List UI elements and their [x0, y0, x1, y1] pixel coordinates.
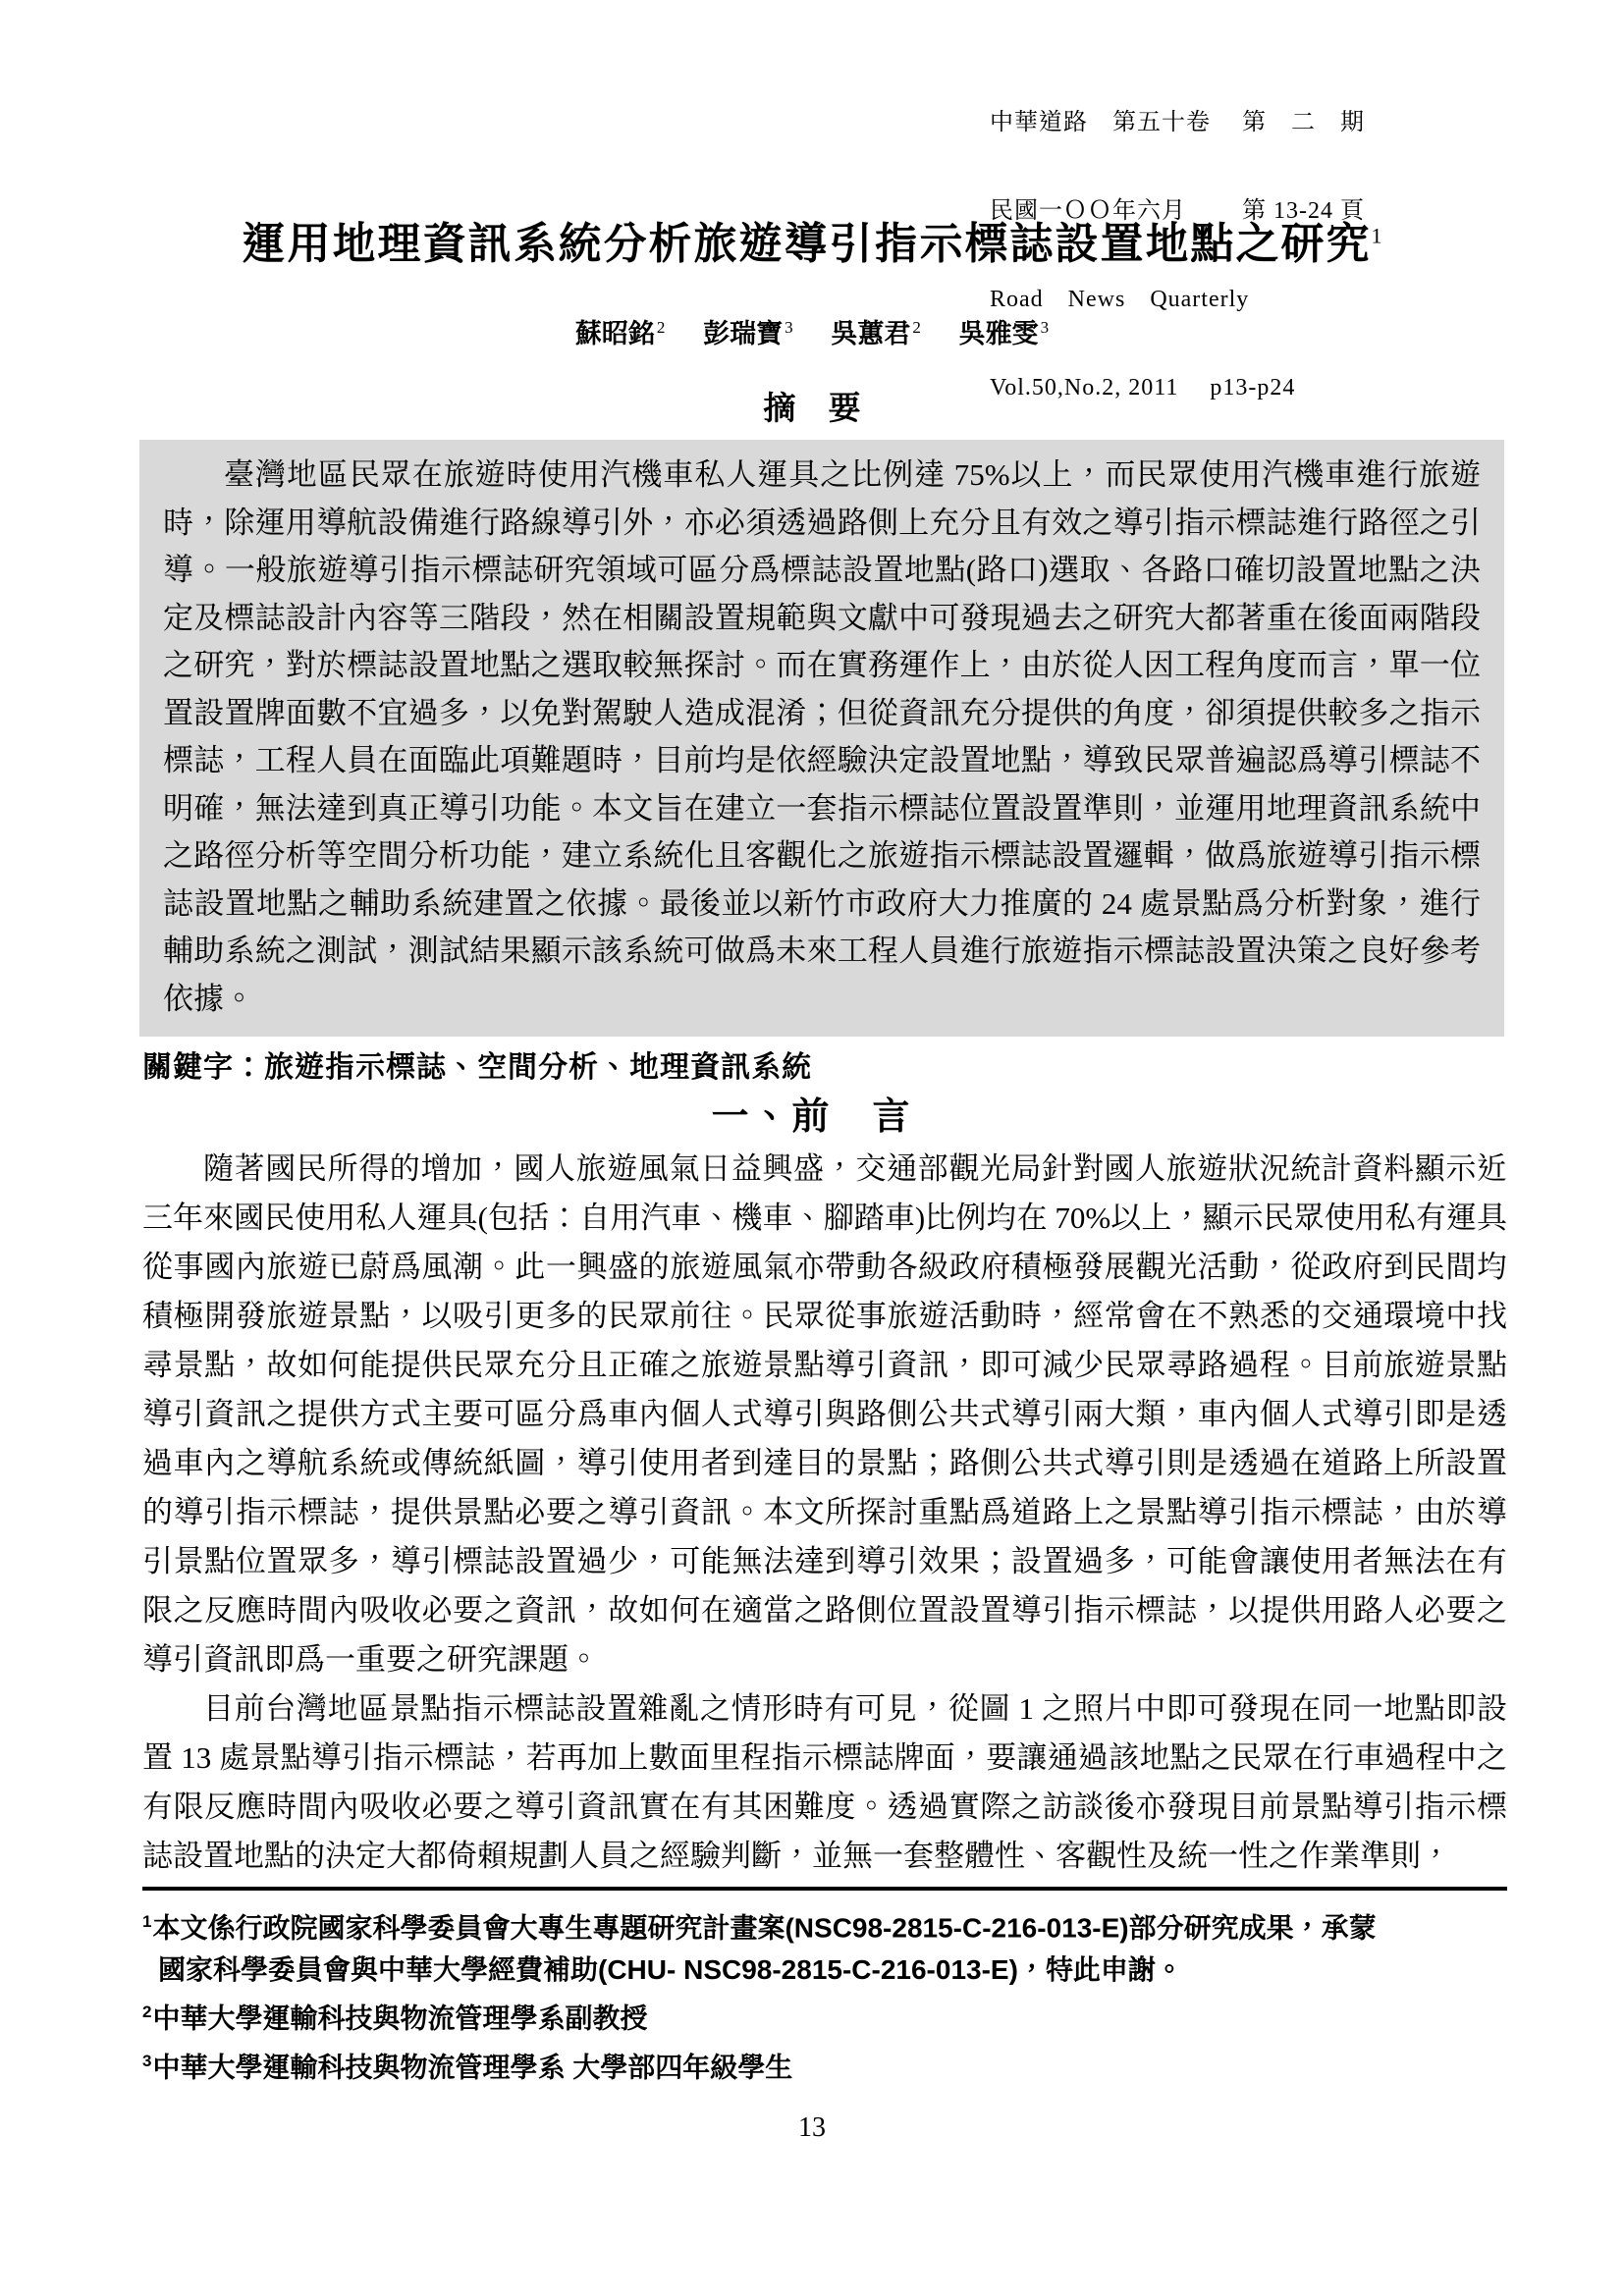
section-1-heading: 一、前 言 — [0, 1086, 1624, 1140]
footnote-2-text: 中華大學運輸科技與物流管理學系副教授 — [152, 2003, 647, 2034]
title-footnote-marker: 1 — [1372, 223, 1382, 247]
introduction-body: 隨著國民所得的增加，國人旅遊風氣日益興盛，交通部觀光局針對國人旅遊狀況統計資料顯… — [142, 1145, 1507, 1881]
page-number: 13 — [0, 2112, 1624, 2144]
author-4-affiliation-marker: 3 — [1041, 318, 1050, 337]
journal-name-volume: 中華道路 第五十卷 第 二 期 — [990, 108, 1540, 137]
author-2: 彭瑞寶3 — [703, 319, 793, 348]
abstract-text: 臺灣地區民眾在旅遊時使用汽機車私人運具之比例達 75%以上，而民眾使用汽機車進行… — [163, 452, 1481, 1023]
footnote-1-marker: 1 — [142, 1912, 151, 1931]
author-1-name: 蘇昭銘 — [575, 319, 655, 348]
footnote-2-marker: 2 — [142, 2002, 151, 2021]
footnote-1-line-1: 本文係行政院國家科學委員會大專生專題研究計畫案(NSC98-2815-C-216… — [152, 1912, 1376, 1943]
author-1: 蘇昭銘2 — [575, 319, 666, 348]
intro-paragraph-1: 隨著國民所得的增加，國人旅遊風氣日益興盛，交通部觀光局針對國人旅遊狀況統計資料顯… — [142, 1145, 1507, 1684]
footnote-1-line-2: 國家科學委員會與中華大學經費補助(CHU- NSC98-2815-C-216-0… — [142, 1949, 1507, 1991]
author-list: 蘇昭銘2 彭瑞寶3 吳蕙君2 吳雅雯3 — [0, 312, 1624, 350]
footnote-block: 1本文係行政院國家科學委員會大專生專題研究計畫案(NSC98-2815-C-21… — [142, 1887, 1507, 2088]
abstract-heading: 摘 要 — [0, 383, 1624, 429]
paper-title-text: 運用地理資訊系統分析旅遊導引指示標誌設置地點之研究 — [243, 220, 1372, 268]
paper-title: 運用地理資訊系統分析旅遊導引指示標誌設置地點之研究1 — [0, 208, 1624, 271]
author-2-affiliation-marker: 3 — [785, 318, 793, 337]
keywords-line: 關鍵字：旅遊指示標誌、空間分析、地理資訊系統 — [142, 1042, 812, 1086]
footnote-3: 3中華大學運輸科技與物流管理學系 大學部四年級學生 — [142, 2040, 1507, 2088]
author-1-affiliation-marker: 2 — [657, 318, 666, 337]
author-4: 吳雅雯3 — [959, 319, 1050, 348]
paper-page: 中華道路 第五十卷 第 二 期 民國一ＯＯ年六月 第 13-24 頁 Road … — [0, 0, 1624, 2296]
footnote-1: 1本文係行政院國家科學委員會大專生專題研究計畫案(NSC98-2815-C-21… — [142, 1900, 1507, 1991]
footnote-2: 2中華大學運輸科技與物流管理學系副教授 — [142, 1991, 1507, 2039]
abstract-box: 臺灣地區民眾在旅遊時使用汽機車私人運具之比例達 75%以上，而民眾使用汽機車進行… — [139, 440, 1504, 1037]
footnote-3-text: 中華大學運輸科技與物流管理學系 大學部四年級學生 — [152, 2052, 792, 2082]
author-2-name: 彭瑞寶 — [703, 319, 783, 348]
journal-name-english: Road News Quarterly — [990, 285, 1540, 314]
author-3: 吳蕙君2 — [831, 319, 921, 348]
author-3-affiliation-marker: 2 — [912, 318, 921, 337]
author-3-name: 吳蕙君 — [831, 319, 910, 348]
footnote-separator-rule — [142, 1887, 1507, 1891]
intro-paragraph-2: 目前台灣地區景點指示標誌設置雜亂之情形時有可見，從圖 1 之照片中即可發現在同一… — [142, 1684, 1507, 1881]
footnote-3-marker: 3 — [142, 2052, 151, 2070]
author-4-name: 吳雅雯 — [959, 319, 1039, 348]
